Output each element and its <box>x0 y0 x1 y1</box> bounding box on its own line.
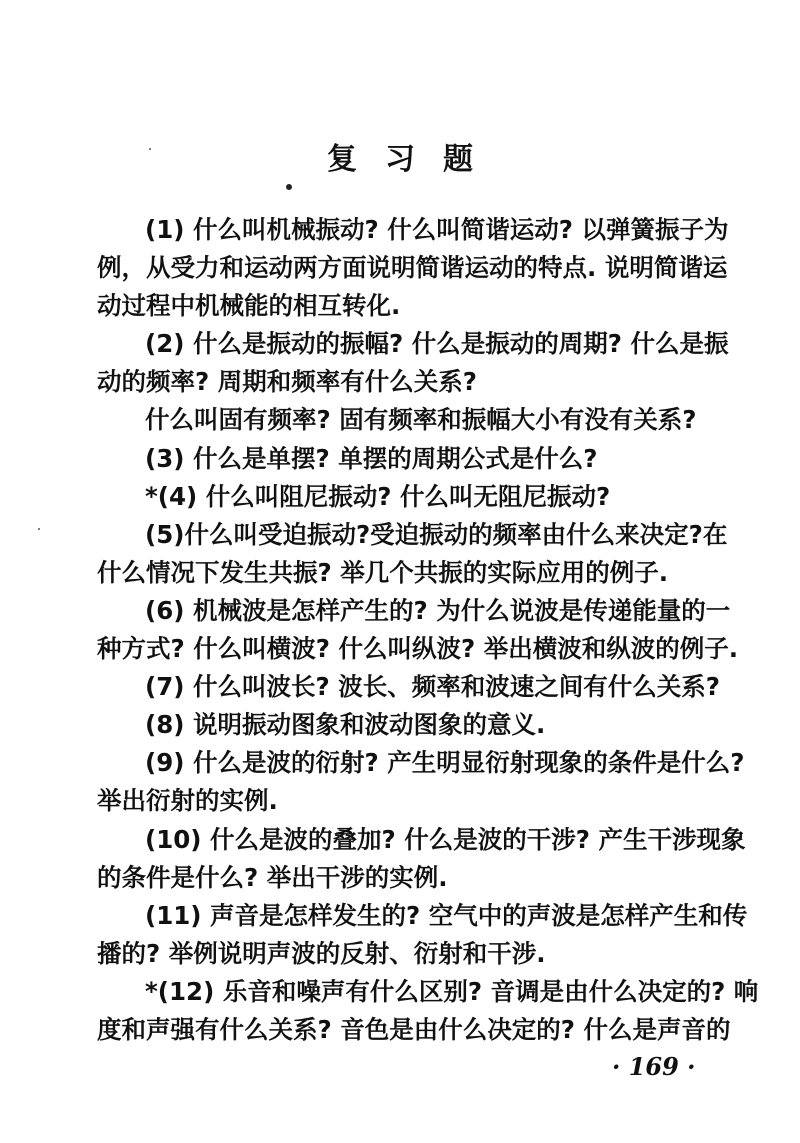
text-line: (11) 声音是怎样发生的? 空气中的声波是怎样产生和传 <box>97 897 715 935</box>
text-line: 动过程中机械能的相互转化. <box>97 287 715 325</box>
ink-speck <box>149 148 151 150</box>
ink-speck <box>38 528 40 530</box>
text-line: 动的频率? 周期和频率有什么关系? <box>97 363 715 401</box>
text-line: 播的? 举例说明声波的反射、衍射和干涉. <box>97 935 715 973</box>
text-line: 种方式? 什么叫横波? 什么叫纵波? 举出横波和纵波的例子. <box>97 630 715 668</box>
text-line: *(12) 乐音和噪声有什么区别? 音调是由什么决定的? 响 <box>97 973 715 1011</box>
ink-dot <box>286 184 292 190</box>
text-line: (7) 什么叫波长? 波长、频率和波速之间有什么关系? <box>97 668 715 706</box>
text-line: (5)什么叫受迫振动?受迫振动的频率由什么来决定?在 <box>97 516 715 554</box>
text-line: (6) 机械波是怎样产生的? 为什么说波是传递能量的一 <box>97 592 715 630</box>
text-line: (2) 什么是振动的振幅? 什么是振动的周期? 什么是振 <box>97 325 715 363</box>
text-line: (1) 什么叫机械振动? 什么叫简谐运动? 以弹簧振子为 <box>97 211 715 249</box>
text-line: (3) 什么是单摆? 单摆的周期公式是什么? <box>97 440 715 478</box>
text-line: 例，从受力和运动两方面说明简谐运动的特点. 说明简谐运 <box>97 249 715 287</box>
text-line: 举出衍射的实例. <box>97 782 715 820</box>
text-line: (8) 说明振动图象和波动图象的意义. <box>97 706 715 744</box>
text-line: (9) 什么是波的衍射? 产生明显衍射现象的条件是什么? <box>97 744 715 782</box>
question-list: (1) 什么叫机械振动? 什么叫简谐运动? 以弹簧振子为例，从受力和运动两方面说… <box>97 211 715 1049</box>
text-line: 度和声强有什么关系? 音色是由什么决定的? 什么是声音的 <box>97 1011 715 1049</box>
text-line: (10) 什么是波的叠加? 什么是波的干涉? 产生干涉现象 <box>97 821 715 859</box>
text-line: 什么情况下发生共振? 举几个共振的实际应用的例子. <box>97 554 715 592</box>
text-line: 的条件是什么? 举出干涉的实例. <box>97 859 715 897</box>
page-number: · 169 · <box>612 1052 696 1081</box>
page-title: 复习题 <box>0 134 800 178</box>
text-line: 什么叫固有频率? 固有频率和振幅大小有没有关系? <box>97 401 715 439</box>
text-line: *(4) 什么叫阻尼振动? 什么叫无阻尼振动? <box>97 478 715 516</box>
